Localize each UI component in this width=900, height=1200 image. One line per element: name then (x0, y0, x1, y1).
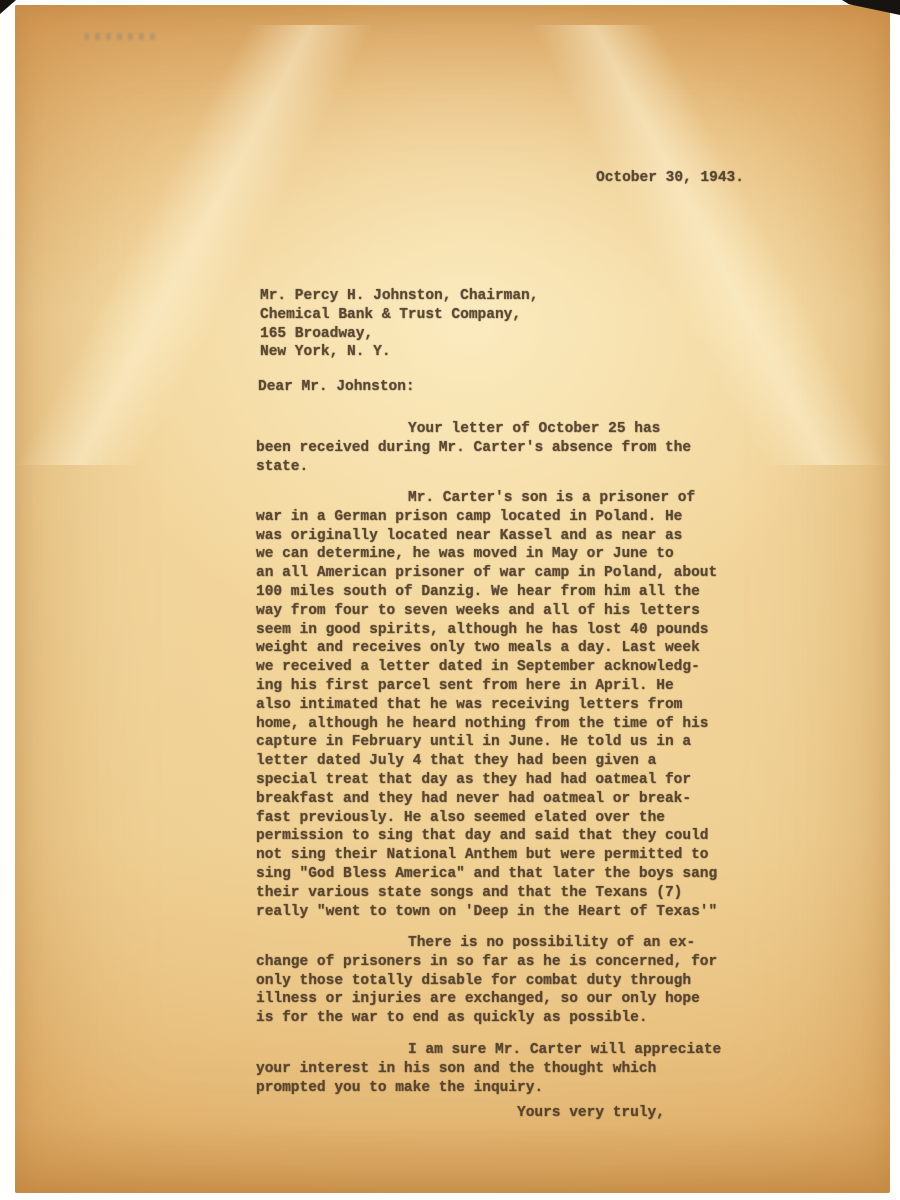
scanned-letter: October 30, 1943. Mr. Percy H. Johnston,… (0, 0, 900, 1200)
letter-text: October 30, 1943. Mr. Percy H. Johnston,… (0, 0, 900, 1200)
paragraph-3: There is no possibility of an ex-change … (256, 934, 717, 1028)
paragraph-1: Your letter of October 25 hasbeen receiv… (256, 420, 691, 476)
salutation: Dear Mr. Johnston: (258, 378, 415, 397)
paragraph-2: Mr. Carter's son is a prisoner ofwar in … (256, 489, 717, 921)
date-line: October 30, 1943. (596, 169, 744, 188)
paragraph-4: I am sure Mr. Carter will appreciateyour… (256, 1041, 721, 1097)
closing: Yours very truly, (517, 1104, 665, 1123)
recipient-address: Mr. Percy H. Johnston, Chairman,Chemical… (260, 287, 538, 362)
